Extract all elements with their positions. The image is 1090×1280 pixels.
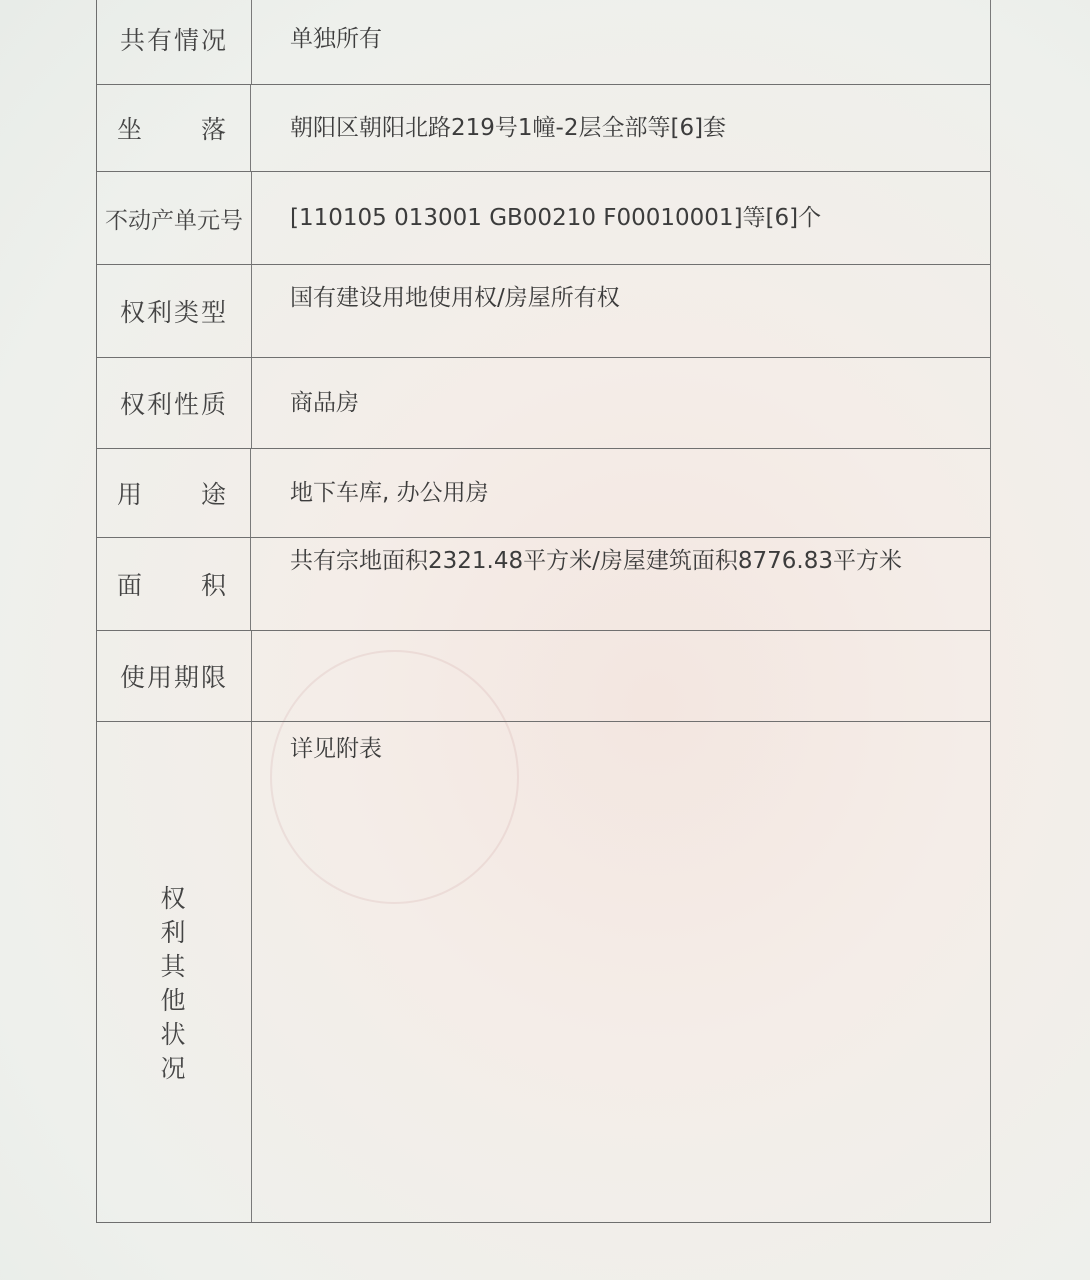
label-area-left: 面 [117,566,144,602]
row-location: 坐 落 朝阳区朝阳北路219号1幢-2层全部等[6]套 [97,85,990,172]
row-right-type: 权利类型 国有建设用地使用权/房屋所有权 [97,265,990,358]
value-usage: 地下车库, 办公用房 [252,449,990,537]
label-char: 利 [160,918,187,948]
label-char: 状 [160,1020,187,1050]
label-usage-right: 途 [201,475,228,511]
label-usage: 用 途 [97,449,251,537]
value-other-conditions: 详见附表 [252,722,990,1222]
label-unit-number: 不动产单元号 [97,172,252,264]
label-right-nature: 权利性质 [97,358,252,448]
value-area: 共有宗地面积2321.48平方米/房屋建筑面积8776.83平方米 [252,538,990,630]
row-other-conditions: 权 利 其 他 状 况 详见附表 [97,722,990,1222]
label-area-right: 积 [201,566,228,602]
row-unit-number: 不动产单元号 [110105 013001 GB00210 F00010001]… [97,172,990,265]
value-right-nature: 商品房 [252,358,990,448]
label-location-right: 落 [201,110,228,146]
certificate-table: 共有情况 单独所有 坐 落 朝阳区朝阳北路219号1幢-2层全部等[6]套 不动… [96,0,991,1223]
value-right-type: 国有建设用地使用权/房屋所有权 [252,265,990,357]
label-usage-left: 用 [117,475,144,511]
label-right-type: 权利类型 [97,265,252,357]
label-location-left: 坐 [117,110,144,146]
label-location: 坐 落 [97,85,251,171]
label-char: 权 [160,884,187,914]
row-right-nature: 权利性质 商品房 [97,358,990,449]
label-char: 况 [160,1054,187,1084]
row-term: 使用期限 [97,631,990,722]
value-unit-number: [110105 013001 GB00210 F00010001]等[6]个 [252,172,990,264]
label-other-conditions: 权 利 其 他 状 况 [97,722,252,1222]
label-char: 他 [160,986,187,1016]
value-co-ownership: 单独所有 [252,0,990,84]
row-co-ownership: 共有情况 单独所有 [97,0,990,85]
value-location: 朝阳区朝阳北路219号1幢-2层全部等[6]套 [252,85,990,171]
label-char: 其 [160,952,187,982]
label-area: 面 积 [97,538,251,630]
row-area: 面 积 共有宗地面积2321.48平方米/房屋建筑面积8776.83平方米 [97,538,990,631]
label-term: 使用期限 [97,631,252,721]
row-usage: 用 途 地下车库, 办公用房 [97,449,990,538]
label-co-ownership: 共有情况 [97,0,252,84]
value-term [252,631,990,721]
